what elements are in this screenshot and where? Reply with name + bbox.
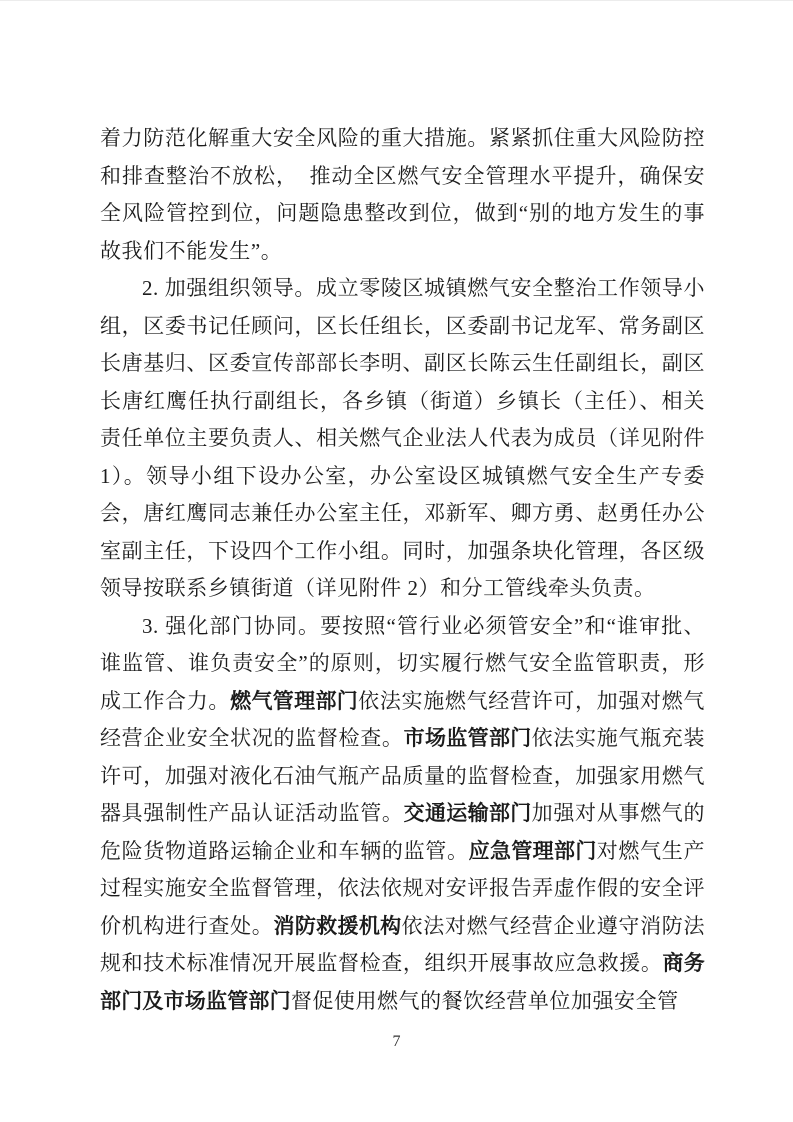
department-name-fire-rescue: 消防救援机构: [274, 915, 402, 938]
body-paragraph-organization-leadership: 2. 加强组织领导。成立零陵区城镇燃气安全整治工作领导小组，区委书记任顾问，区长…: [100, 270, 705, 608]
text-run: 着力防范化解重大安全风险的重大措施。紧紧抓住重大风险防控和排查整治不放松， 推动…: [100, 126, 705, 263]
department-name-emergency-management: 应急管理部门: [469, 840, 597, 863]
body-paragraph-continuation: 着力防范化解重大安全风险的重大措施。紧紧抓住重大风险防控和排查整治不放松， 推动…: [100, 120, 705, 270]
page-footer: 7: [0, 1033, 793, 1051]
page-number: 7: [393, 1033, 401, 1050]
department-name-market-regulation: 市场监管部门: [404, 727, 532, 750]
body-paragraph-department-coordination: 3. 强化部门协同。要按照“管行业必须管安全”和“谁审批、谁监管、谁负责安全”的…: [100, 608, 705, 1021]
text-run: 2. 加强组织领导。成立零陵区城镇燃气安全整治工作领导小组，区委书记任顾问，区长…: [100, 276, 705, 600]
document-body: 着力防范化解重大安全风险的重大措施。紧紧抓住重大风险防控和排查整治不放松， 推动…: [100, 120, 705, 1020]
document-page: 着力防范化解重大安全风险的重大措施。紧紧抓住重大风险防控和排查整治不放松， 推动…: [0, 0, 793, 1122]
department-name-gas-administration: 燃气管理部门: [230, 690, 358, 713]
department-name-transportation: 交通运输部门: [404, 802, 532, 825]
text-run: 督促使用燃气的餐饮经营单位加强安全管: [291, 989, 679, 1013]
